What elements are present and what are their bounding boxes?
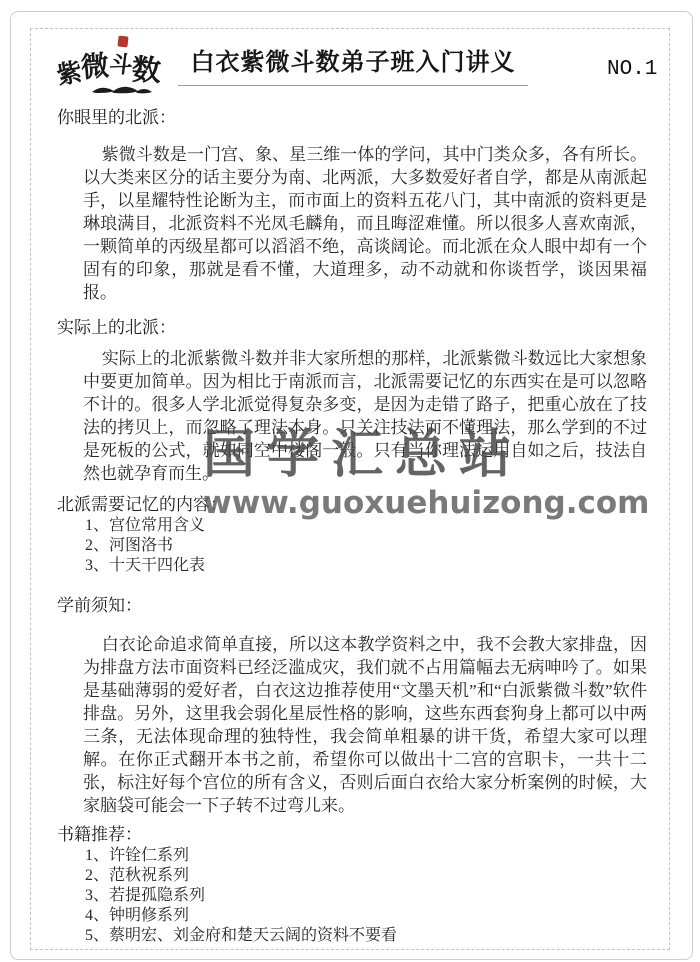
- list-item: 2、河图洛书: [85, 536, 647, 556]
- page-title: 白衣紫微斗数弟子班入门讲义: [178, 42, 528, 86]
- paragraph-actual: 实际上的北派紫微斗数并非大家所想的那样，北派紫微斗数远比大家想象中要更加简单。因…: [83, 347, 647, 485]
- book-list: 1、许铨仁系列 2、范秋祝系列 3、若提孤隐系列 4、钟明修系列 5、蔡明宏、刘…: [85, 846, 647, 946]
- section-heading-memorize: 北派需要记忆的内容：: [57, 493, 647, 516]
- list-item: 1、许铨仁系列: [85, 846, 647, 866]
- brand-logo: 紫微斗数: [52, 30, 182, 96]
- paragraph-notice: 白衣论命追求简单直接，所以这本教学资料之中，我不会教大家排盘，因为排盘方法市面资…: [83, 633, 647, 817]
- list-item: 5、蔡明宏、刘金府和楚天云阔的资料不要看: [85, 926, 647, 946]
- list-item: 3、若提孤隐系列: [85, 886, 647, 906]
- ink-stroke-icon: [90, 82, 154, 94]
- list-item: 3、十天干四化表: [85, 556, 647, 576]
- section-heading-books: 书籍推荐：: [57, 823, 647, 846]
- logo-calligraphy: 紫微斗数: [56, 46, 161, 87]
- section-heading-actual: 实际上的北派：: [57, 316, 647, 339]
- list-item: 4、钟明修系列: [85, 906, 647, 926]
- logo-char: 微: [79, 44, 110, 86]
- paragraph-your-view: 紫微斗数是一门宫、象、星三维一体的学问，其中门类众多，各有所长。以大类来区分的话…: [83, 143, 647, 304]
- section-heading-notice: 学前须知：: [57, 594, 647, 617]
- list-item: 1、宫位常用含义: [85, 516, 647, 536]
- list-item: 2、范秋祝系列: [85, 866, 647, 886]
- memorize-list: 1、宫位常用含义 2、河图洛书 3、十天干四化表: [85, 516, 647, 576]
- document-page: 紫微斗数 白衣紫微斗数弟子班入门讲义 NO.1 你眼里的北派： 紫微斗数是一门宫…: [0, 0, 700, 962]
- document-body: 你眼里的北派： 紫微斗数是一门宫、象、星三维一体的学问，其中门类众多，各有所长。…: [57, 100, 647, 946]
- section-heading-your-view: 你眼里的北派：: [57, 106, 647, 129]
- page-number: NO.1: [607, 58, 657, 81]
